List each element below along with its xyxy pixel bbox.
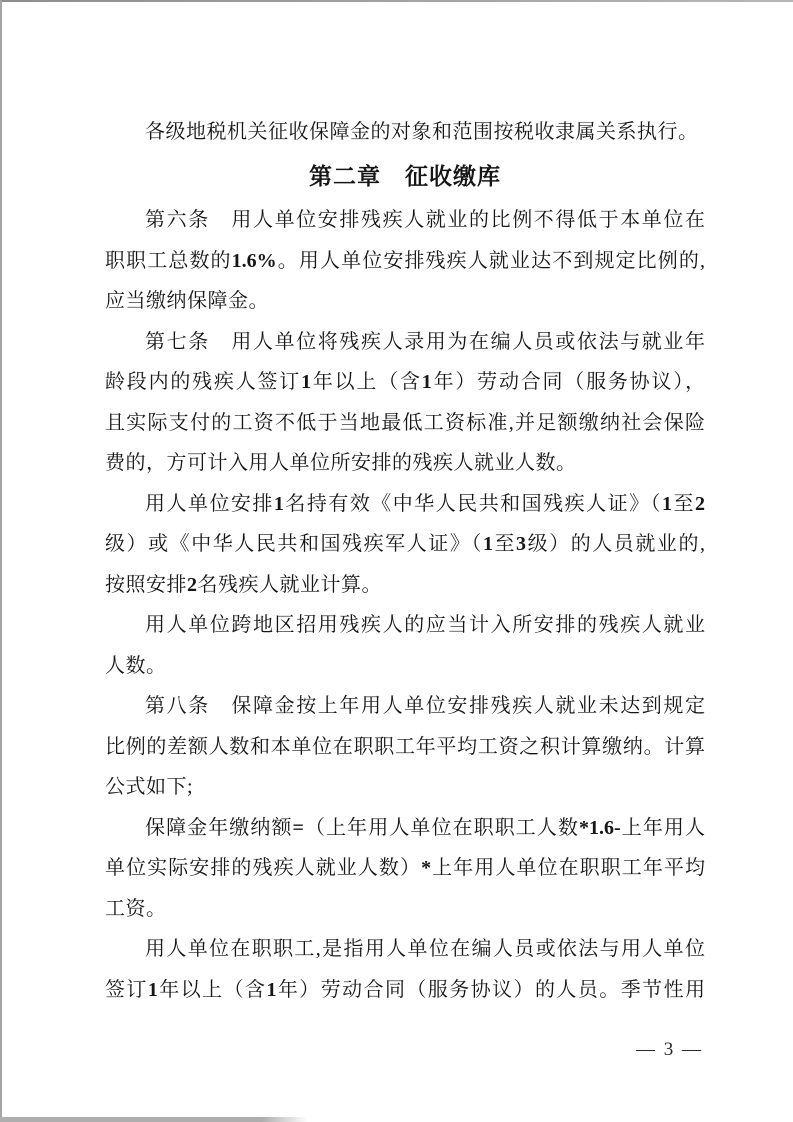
text-line: 第六条 用人单位安排残疾人就业的比例不得低于本单位在	[105, 200, 705, 241]
document-body: 各级地税机关征收保障金的对象和范围按税收隶属关系执行。 第二章 征收缴库 第六条…	[105, 112, 705, 1010]
text-line: 级）或《中华人民共和国残疾军人证》（1至3级）的人员就业的,	[105, 524, 705, 565]
text-line: 各级地税机关征收保障金的对象和范围按税收隶属关系执行。	[105, 112, 705, 153]
text-line: 用人单位跨地区招用残疾人的应当计入所安排的残疾人就业	[105, 605, 705, 646]
text-line: 费的，方可计入用人单位所安排的残疾人就业人数。	[105, 443, 705, 484]
scan-edge-left	[0, 0, 2, 1122]
text-line: 用人单位在职职工,是指用人单位在编人员或依法与用人单位	[105, 929, 705, 970]
text-line: 按照安排2名残疾人就业计算。	[105, 565, 705, 606]
document-page: 各级地税机关征收保障金的对象和范围按税收隶属关系执行。 第二章 征收缴库 第六条…	[0, 0, 793, 1122]
text-line: 比例的差额人数和本单位在职职工年平均工资之积计算缴纳。计算	[105, 727, 705, 768]
scan-edge-bottom	[0, 1117, 308, 1122]
text-line: 人数。	[105, 646, 705, 687]
page-number: — 3 —	[636, 1036, 703, 1064]
text-line: 单位实际安排的残疾人就业人数）*上年用人单位在职职工年平均	[105, 848, 705, 889]
text-line: 第八条 保障金按上年用人单位安排残疾人就业未达到规定	[105, 686, 705, 727]
text-line: 用人单位安排1名持有效《中华人民共和国残疾人证》（1至2	[105, 484, 705, 525]
scan-edge-top	[0, 0, 793, 2]
text-line: 龄段内的残疾人签订1年以上（含1年）劳动合同（服务协议），	[105, 362, 705, 403]
text-line: 且实际支付的工资不低于当地最低工资标准,并足额缴纳社会保险	[105, 403, 705, 444]
text-line: 签订1年以上（含1年）劳动合同（服务协议）的人员。季节性用	[105, 970, 705, 1011]
text-line: 应当缴纳保障金。	[105, 281, 705, 322]
text-line: 第七条 用人单位将残疾人录用为在编人员或依法与就业年	[105, 322, 705, 363]
chapter-heading: 第二章 征收缴库	[105, 157, 705, 198]
text-line: 职职工总数的1.6%。用人单位安排残疾人就业达不到规定比例的,	[105, 241, 705, 282]
text-line: 公式如下;	[105, 767, 705, 808]
text-line: 保障金年缴纳额=（上年用人单位在职职工人数*1.6-上年用人	[105, 808, 705, 849]
text-line: 工资。	[105, 889, 705, 930]
